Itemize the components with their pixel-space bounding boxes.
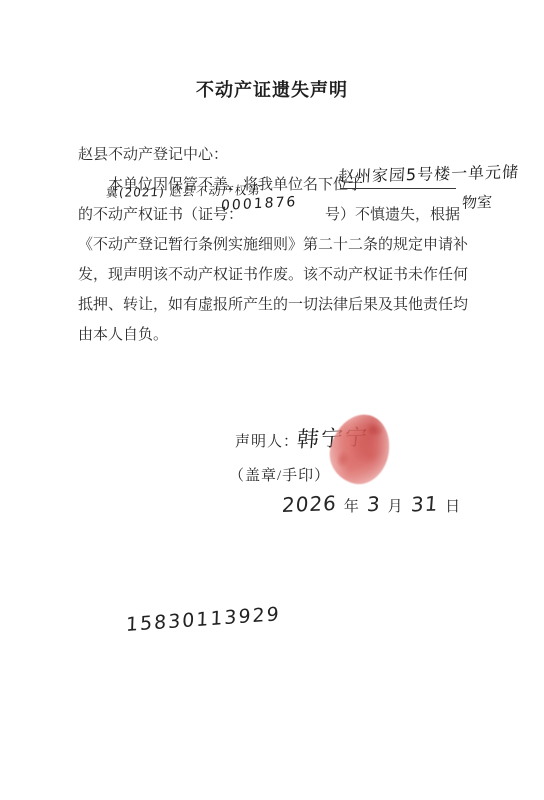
- handwritten-property-location: 赵州家园5号楼一单元储: [337, 159, 520, 187]
- body-line-4: 发，现声明该不动产权证书作废。该不动产权证书未作任何: [78, 260, 474, 290]
- date-line: 2026年3月31日: [279, 492, 465, 516]
- handwritten-year: 2026: [281, 491, 338, 517]
- seal-or-thumbprint-note: （盖章/手印）: [229, 464, 330, 485]
- handwritten-day: 31: [410, 491, 439, 516]
- red-thumbprint: [323, 408, 396, 490]
- day-label: 日: [445, 499, 461, 515]
- body-line-6: 由本人自负。: [78, 320, 474, 350]
- body-line-2-pre: 的不动产权证书（证号：: [78, 207, 243, 223]
- month-label: 月: [388, 499, 404, 515]
- handwritten-property-location-overflow: 物室: [461, 191, 492, 213]
- body-line-3: 《不动产登记暂行条例实施细则》第二十二条的规定申请补: [78, 230, 474, 260]
- declarant-label: 声明人：: [235, 430, 299, 451]
- year-label: 年: [344, 499, 360, 515]
- thumbprint-blotch: [365, 421, 386, 439]
- scanned-document-page: 不动产证遗失声明 赵县不动产登记中心： 本单位因保管不善，将我单位名下位于 的不…: [0, 0, 544, 800]
- body-line-5: 抵押、转让，如有虚报所产生的一切法律后果及其他责任均: [78, 290, 474, 320]
- document-title: 不动产证遗失声明: [0, 76, 544, 102]
- handwritten-phone-number: 15830113929: [126, 603, 281, 636]
- handwritten-month: 3: [366, 492, 381, 517]
- body-line-2-post: 号）不慎遗失，根据: [325, 207, 460, 223]
- thumbprint-blotch: [334, 449, 352, 470]
- location-blank-underline: [340, 188, 456, 189]
